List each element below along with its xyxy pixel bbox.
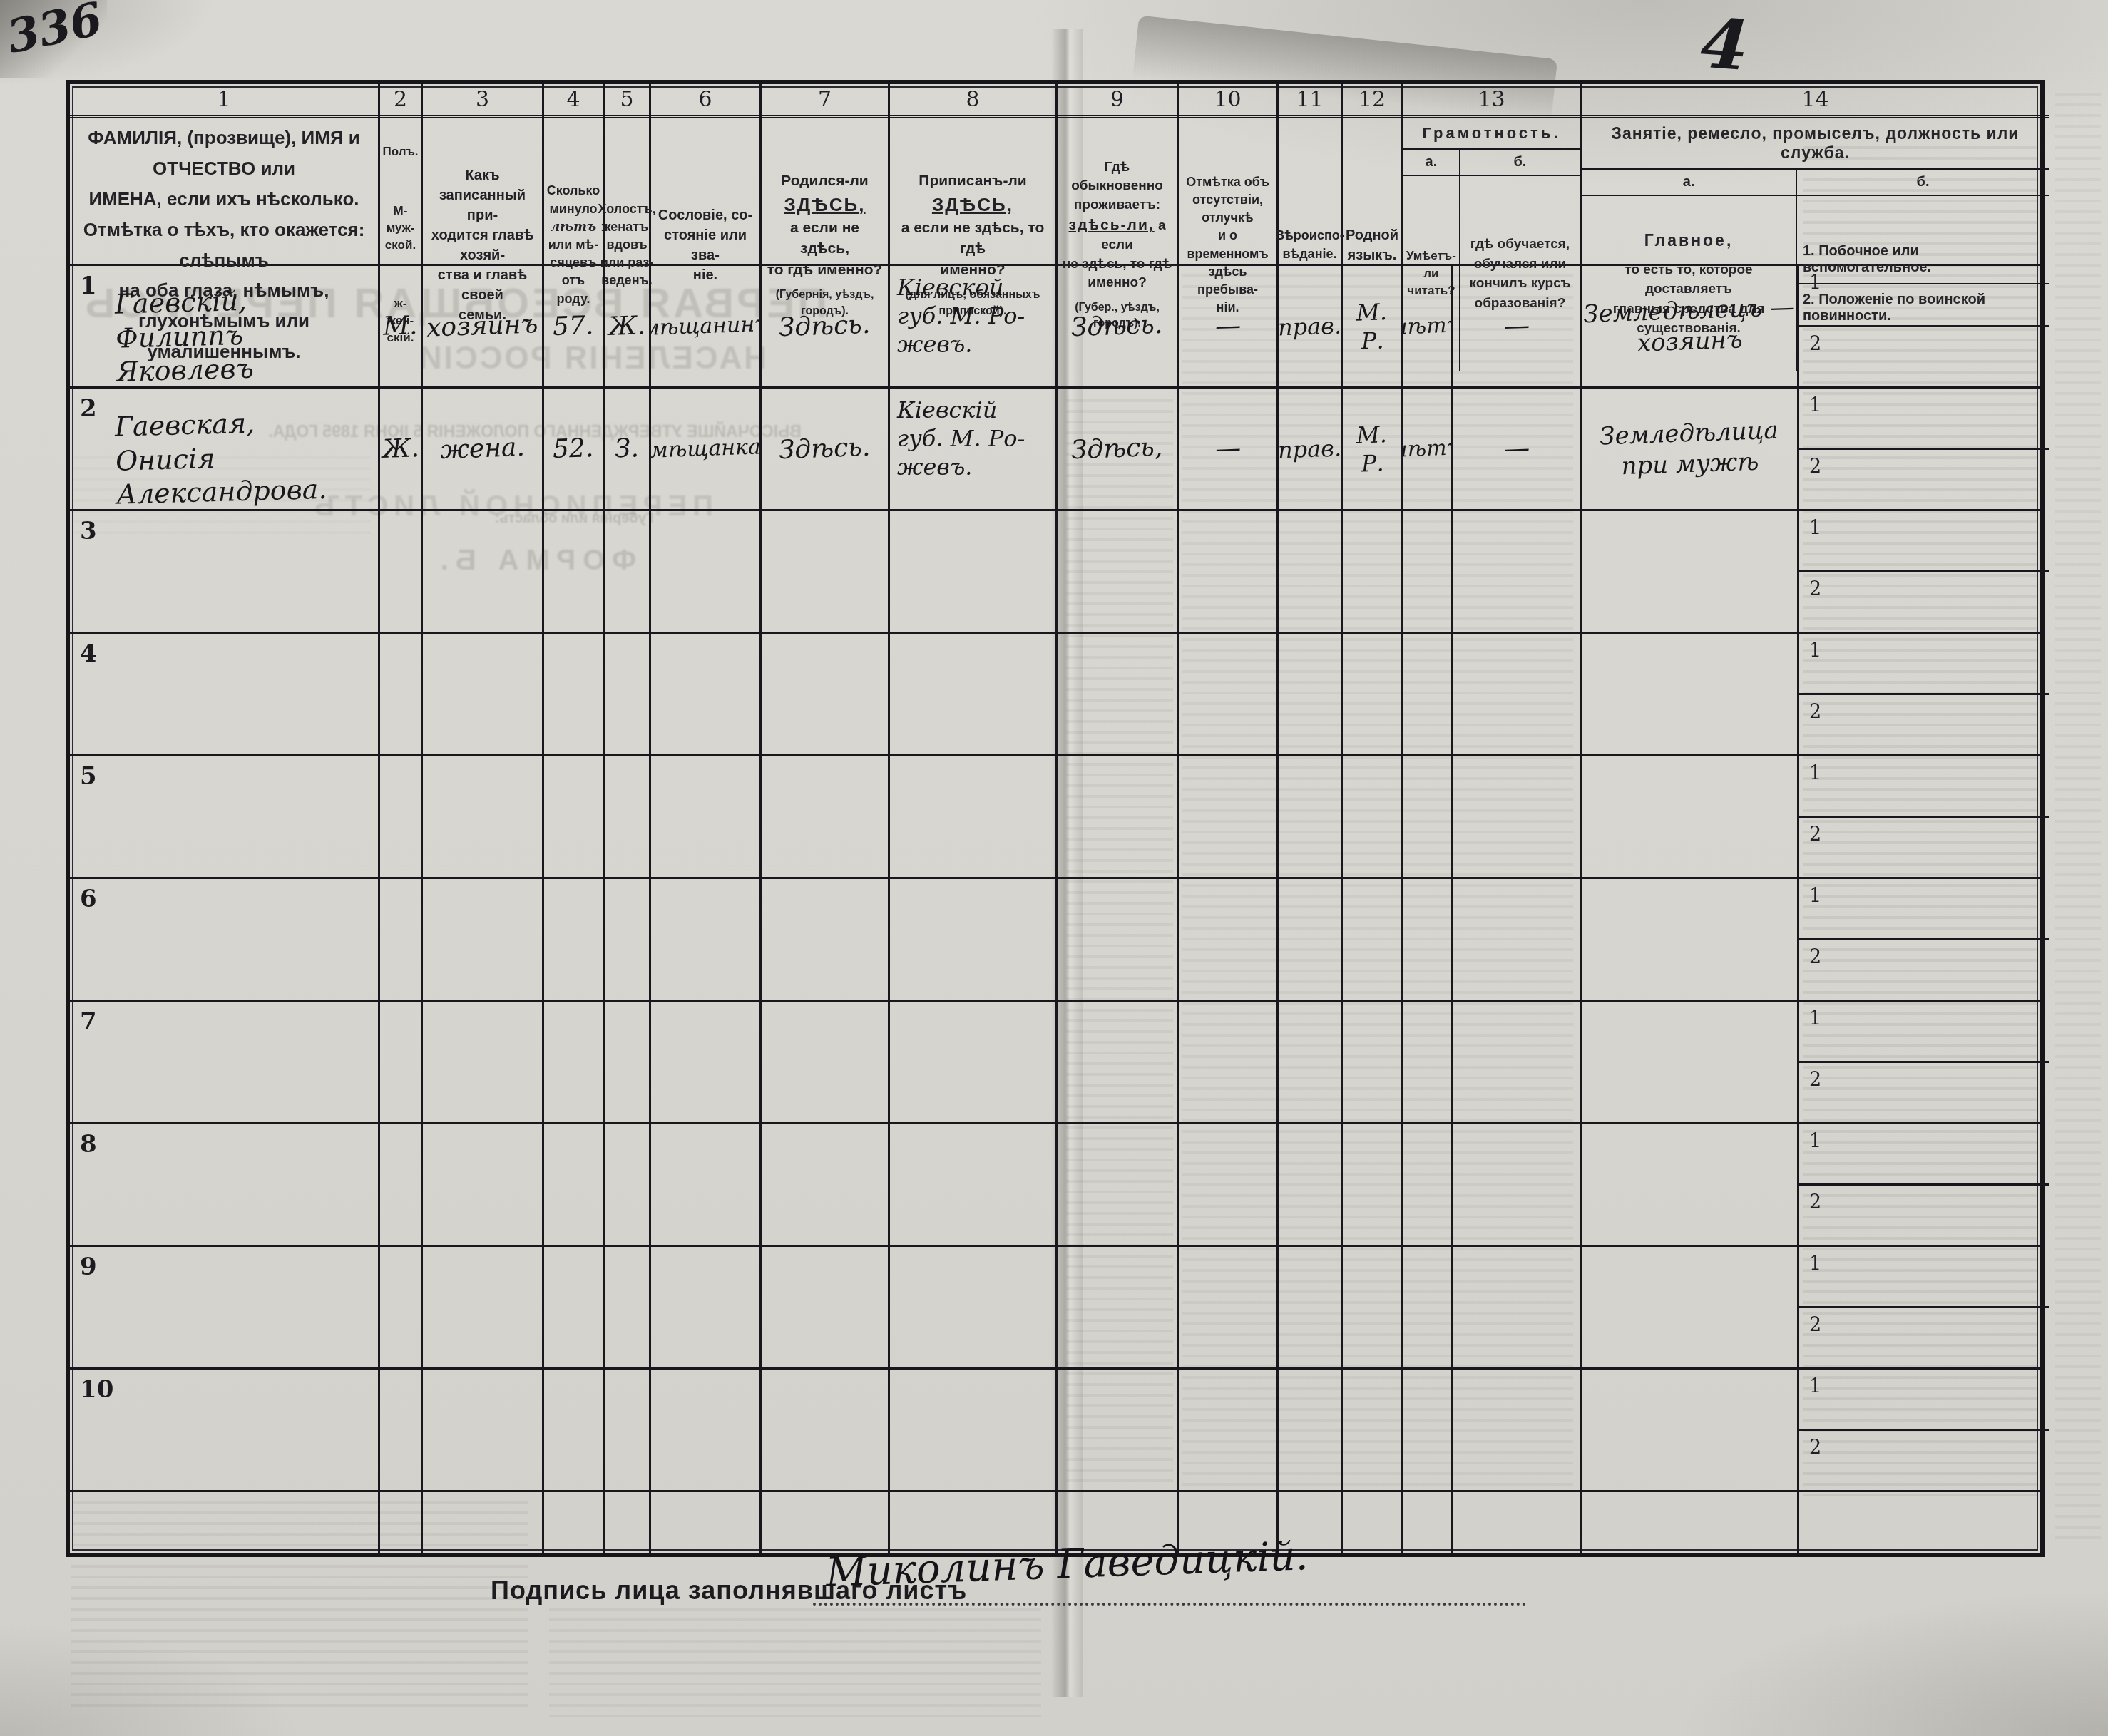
handwritten-name <box>115 526 372 567</box>
subrow-number: 2 <box>1799 572 1831 632</box>
empty-cell <box>605 1492 651 1553</box>
cell-name: 1 Гаевскій, Филиппъ Яковлевъ <box>70 266 380 386</box>
cell-marital <box>605 879 651 1000</box>
cell-estate <box>651 1247 762 1367</box>
handwritten-given-name: Онисія Александрова. <box>115 443 327 509</box>
handwritten-language: М. Р. <box>1343 419 1402 478</box>
cell-language <box>1343 1124 1403 1245</box>
handwritten-marital: З. <box>614 432 639 465</box>
cell-occupation-side: 1 2 <box>1799 266 2049 386</box>
cell-absence <box>1179 634 1279 754</box>
subrow-number: 2 <box>1799 1431 1831 1490</box>
handwritten-military-status <box>1831 1186 2049 1245</box>
cell-residence: Здѣсь. <box>1058 266 1179 386</box>
handwritten-side-occupation <box>1831 1247 2049 1306</box>
row-number: 9 <box>80 1253 97 1281</box>
age-text-top: Сколько минуло <box>547 182 600 217</box>
cell-age <box>544 1247 605 1367</box>
col-number: 12 <box>1343 84 1401 118</box>
occupation-side-subrow-1: 1 <box>1799 511 2049 572</box>
occupation-group-title: Занятіе, ремесло, промыселъ, должность и… <box>1582 118 2049 170</box>
handwritten-sex: Ж. <box>382 432 419 466</box>
occupation-side-subrow-2: 2 <box>1799 1308 2049 1367</box>
sex-label: Полъ. <box>382 143 418 160</box>
handwritten-absence: — <box>1214 309 1242 342</box>
cell-occupation-main <box>1582 879 1799 1000</box>
cell-occupation-side: 1 2 <box>1799 1002 2049 1122</box>
col-number: 13 <box>1403 84 1580 118</box>
table-row: 7 1 2 <box>70 1002 2040 1124</box>
cell-language <box>1343 1002 1403 1122</box>
subrow-number: 1 <box>1799 756 1831 816</box>
cell-residence <box>1058 1370 1179 1490</box>
handwritten-side-occupation <box>1831 511 2049 570</box>
cell-relation <box>423 756 544 877</box>
handwritten-residence: Здѣсь, <box>1071 431 1164 466</box>
cell-birthplace <box>762 1002 890 1122</box>
cell-literacy-a <box>1403 511 1453 632</box>
cell-sex <box>380 634 423 754</box>
handwritten-military-status <box>1831 940 2049 1000</box>
cell-absence <box>1179 1247 1279 1367</box>
cell-sex: М. <box>380 266 423 386</box>
cell-absence <box>1179 1124 1279 1245</box>
occupation-side-subrow-1: 1 <box>1799 1124 2049 1186</box>
handwritten-side-occupation <box>1831 879 2049 938</box>
cell-language: М. Р. <box>1343 266 1403 386</box>
cell-absence: — <box>1179 389 1279 509</box>
empty-cell <box>1582 1492 1799 1553</box>
subrow-number: 1 <box>1799 1002 1831 1061</box>
cell-relation: жена. <box>423 389 544 509</box>
row-number: 1 <box>80 272 97 300</box>
col-number: 1 <box>70 84 378 118</box>
col-number: 14 <box>1582 84 2049 118</box>
handwritten-surname <box>115 1024 116 1056</box>
cell-marital <box>605 1247 651 1367</box>
occupation-side-subrow-2: 2 <box>1799 940 2049 1000</box>
cell-age <box>544 1370 605 1490</box>
cell-language <box>1343 756 1403 877</box>
cell-registration <box>890 1247 1058 1367</box>
cell-relation <box>423 1124 544 1245</box>
handwritten-birthplace: Здѣсь. <box>779 309 871 344</box>
cell-occupation-side: 1 2 <box>1799 1370 2049 1490</box>
cell-residence <box>1058 756 1179 877</box>
cell-literacy-b <box>1453 756 1582 877</box>
occupation-side-subrow-2: 2 <box>1799 818 2049 877</box>
cell-name: 4 <box>70 634 380 754</box>
handwritten-military-status <box>1831 572 2049 632</box>
handwritten-marital: Ж. <box>608 309 645 343</box>
handwritten-literacy: нѣтъ <box>1403 312 1453 341</box>
cell-age <box>544 1124 605 1245</box>
cell-literacy-b: — <box>1453 389 1582 509</box>
handwritten-surname <box>115 1392 116 1424</box>
census-scan-page: ПЕРВАЯ ВСЕОБЩАЯ ПЕРЕПИСЬ НАСЕЛЕНІЯ РОССІ… <box>0 0 2108 1736</box>
cell-estate <box>651 634 762 754</box>
cell-religion <box>1279 511 1343 632</box>
handwritten-registration: Кіевской губ. М. Ро- жевъ. <box>897 274 1025 358</box>
empty-cell <box>423 1492 544 1553</box>
cell-literacy-b <box>1453 1370 1582 1490</box>
subrow-number: 1 <box>1799 266 1831 325</box>
cell-registration <box>890 1124 1058 1245</box>
cell-occupation-side: 1 2 <box>1799 1247 2049 1367</box>
cell-birthplace <box>762 634 890 754</box>
cell-name: 7 <box>70 1002 380 1122</box>
question-pre: Гдѣ обыкновенно проживаетъ: <box>1060 158 1174 215</box>
col-number: 7 <box>762 84 888 118</box>
cell-occupation-main <box>1582 1124 1799 1245</box>
handwritten-name <box>115 1139 372 1180</box>
handwritten-name <box>115 1262 372 1303</box>
table-body: 1 Гаевскій, Филиппъ Яковлевъ М. хозяинъ … <box>70 266 2040 1492</box>
row-number: 3 <box>80 517 97 545</box>
col-number: 5 <box>605 84 649 118</box>
handwritten-name <box>115 649 372 689</box>
handwritten-name: Гаевская, Онисія Александрова. <box>114 404 374 509</box>
handwritten-estate: мѣщанка <box>651 433 761 464</box>
handwritten-education: — <box>1503 309 1530 342</box>
handwritten-name: Гаевскій, Филиппъ Яковлевъ <box>114 281 374 386</box>
handwritten-side-occupation <box>1831 1370 2049 1429</box>
cell-name: 5 <box>70 756 380 877</box>
subrow-number: 1 <box>1799 511 1831 570</box>
handwritten-military-status <box>1831 1431 2049 1490</box>
cell-occupation-main <box>1582 1247 1799 1367</box>
cell-occupation-main: Земледѣлецъ — хозяинъ <box>1582 266 1799 386</box>
row-number: 5 <box>80 762 97 791</box>
cell-registration <box>890 756 1058 877</box>
cell-sex <box>380 756 423 877</box>
handwritten-military-status <box>1831 818 2049 877</box>
cell-sex <box>380 1247 423 1367</box>
row-number: 8 <box>80 1130 97 1159</box>
cell-religion <box>1279 1124 1343 1245</box>
occupation-side-subrow-1: 1 <box>1799 1002 2049 1063</box>
subrow-number: 2 <box>1799 1063 1831 1122</box>
cell-literacy-a <box>1403 1124 1453 1245</box>
cell-name: 6 <box>70 879 380 1000</box>
cell-occupation-main <box>1582 634 1799 754</box>
handwritten-relation: хозяинъ <box>426 308 539 344</box>
question-pre: Приписанъ-ли <box>919 173 1026 189</box>
subrow-number: 2 <box>1799 1186 1831 1245</box>
subrow-number: 2 <box>1799 450 1831 509</box>
cell-literacy-b <box>1453 1247 1582 1367</box>
signature-dotted-line <box>813 1603 1526 1606</box>
cell-estate <box>651 1124 762 1245</box>
cell-occupation-main <box>1582 1370 1799 1490</box>
cell-residence <box>1058 634 1179 754</box>
cell-occupation-side: 1 2 <box>1799 511 2049 632</box>
cell-relation <box>423 879 544 1000</box>
cell-residence <box>1058 1247 1179 1367</box>
table-row: 4 1 2 <box>70 634 2040 756</box>
cell-occupation-side: 1 2 <box>1799 879 2049 1000</box>
empty-cell <box>762 1492 890 1553</box>
cell-registration <box>890 1370 1058 1490</box>
handwritten-occupation: Земледѣлица при мужѣ <box>1599 416 1779 483</box>
table-header: 1 ФАМИЛІЯ, (прозвище), ИМЯ и ОТЧЕСТВО ил… <box>70 84 2040 266</box>
cell-name: 3 <box>70 511 380 632</box>
cell-name: 10 <box>70 1370 380 1490</box>
cell-absence <box>1179 1002 1279 1122</box>
cell-literacy-b <box>1453 1002 1582 1122</box>
cell-age <box>544 634 605 754</box>
handwritten-military-status <box>1831 695 2049 754</box>
handwritten-occupation: Земледѣлецъ — хозяинъ <box>1583 292 1796 360</box>
cell-birthplace <box>762 1370 890 1490</box>
question-here-emphasis: ЗДѢСЬ, <box>932 194 1013 215</box>
cell-name: 2 Гаевская, Онисія Александрова. <box>70 389 380 509</box>
cell-marital <box>605 1002 651 1122</box>
cell-birthplace <box>762 1124 890 1245</box>
row-number: 6 <box>80 885 97 913</box>
occupation-main-word: Главное, <box>1644 229 1734 252</box>
handwritten-birthplace: Здѣсь. <box>779 431 871 466</box>
cell-occupation-side: 1 2 <box>1799 389 2049 509</box>
handwritten-name <box>115 1017 372 1057</box>
handwritten-education: — <box>1503 432 1530 465</box>
cell-residence <box>1058 1124 1179 1245</box>
cell-birthplace: Здѣсь. <box>762 266 890 386</box>
row-number: 7 <box>80 1007 97 1036</box>
occupation-side-subrow-2: 2 <box>1799 327 2049 386</box>
sex-male-legend: М-муж- ской. <box>383 202 418 253</box>
empty-cell <box>1799 1492 2049 1553</box>
cell-residence <box>1058 511 1179 632</box>
handwritten-name <box>115 894 372 935</box>
empty-cell <box>380 1492 423 1553</box>
col-number: 2 <box>380 84 421 118</box>
row-number: 2 <box>80 394 97 423</box>
handwritten-sex: М. <box>383 309 419 343</box>
cell-registration <box>890 879 1058 1000</box>
cell-religion: прав. <box>1279 389 1343 509</box>
cell-religion <box>1279 879 1343 1000</box>
handwritten-name <box>115 771 372 812</box>
subrow-number: 2 <box>1799 1308 1831 1367</box>
cell-age: 52. <box>544 389 605 509</box>
cell-marital: З. <box>605 389 651 509</box>
handwritten-side-occupation <box>1831 1124 2049 1183</box>
handwritten-estate: мѣщанинъ <box>651 311 762 342</box>
occupation-side-subrow-2: 2 <box>1799 1431 2049 1490</box>
cell-absence: — <box>1179 266 1279 386</box>
handwritten-surname: Гаевская, <box>114 408 255 443</box>
cell-estate <box>651 879 762 1000</box>
question-here-emphasis: здѣсь-ли, <box>1068 217 1154 233</box>
subrow-number: 2 <box>1799 327 1831 386</box>
occupation-side-subrow-1: 1 <box>1799 266 2049 327</box>
occupation-side-subrow-2: 2 <box>1799 1063 2049 1122</box>
cell-estate <box>651 1002 762 1122</box>
literacy-group-title: Грамотность. <box>1403 118 1580 150</box>
subrow-number: 1 <box>1799 1370 1831 1429</box>
handwritten-relation: жена. <box>439 431 525 466</box>
registration-question: Приписанъ-ли ЗДѢСЬ, <box>893 170 1053 217</box>
cell-age <box>544 511 605 632</box>
cell-birthplace <box>762 756 890 877</box>
handwritten-military-status <box>1831 1063 2049 1122</box>
cell-age <box>544 756 605 877</box>
handwritten-side-occupation <box>1831 634 2049 693</box>
cell-estate <box>651 511 762 632</box>
handwritten-age: 57. <box>553 309 595 343</box>
cell-absence <box>1179 511 1279 632</box>
cell-sex <box>380 1370 423 1490</box>
cell-marital <box>605 511 651 632</box>
row-number: 4 <box>80 640 97 668</box>
cell-relation <box>423 1002 544 1122</box>
table-row: 6 1 2 <box>70 879 2040 1002</box>
handwritten-registration: Кіевскій губ. М. Ро- жевъ. <box>897 396 1025 481</box>
occupation-side-subrow-1: 1 <box>1799 634 2049 695</box>
handwritten-age: 52. <box>553 432 595 466</box>
occupation-side-subrow-2: 2 <box>1799 1186 2049 1245</box>
subrow-number: 2 <box>1799 818 1831 877</box>
handwritten-side-occupation <box>1831 389 2049 448</box>
cell-literacy-a: нѣтъ <box>1403 389 1453 509</box>
cell-occupation-main <box>1582 511 1799 632</box>
subrow-number: 1 <box>1799 1124 1831 1183</box>
table-row: 5 1 2 <box>70 756 2040 879</box>
cell-relation <box>423 634 544 754</box>
age-text-years: лѣтъ <box>551 218 596 236</box>
cell-literacy-b <box>1453 634 1582 754</box>
cell-residence <box>1058 1002 1179 1122</box>
cell-literacy-b <box>1453 1124 1582 1245</box>
cell-religion <box>1279 634 1343 754</box>
empty-cell <box>544 1492 605 1553</box>
empty-cell <box>651 1492 762 1553</box>
subrow-number: 1 <box>1799 389 1831 448</box>
question-here-emphasis: ЗДѢСЬ, <box>784 194 865 215</box>
handwritten-absence: — <box>1214 432 1242 465</box>
cell-birthplace <box>762 879 890 1000</box>
cell-marital <box>605 1370 651 1490</box>
handwritten-residence: Здѣсь. <box>1071 309 1164 344</box>
cell-language <box>1343 1247 1403 1367</box>
cell-age: 57. <box>544 266 605 386</box>
cell-religion <box>1279 1002 1343 1122</box>
empty-cell <box>70 1492 380 1553</box>
cell-estate: мѣщанинъ <box>651 266 762 386</box>
cell-marital <box>605 634 651 754</box>
handwritten-surname <box>115 902 116 933</box>
cell-marital <box>605 756 651 877</box>
cell-literacy-a <box>1403 1370 1453 1490</box>
subrow-number: 2 <box>1799 940 1831 1000</box>
cell-absence <box>1179 756 1279 877</box>
cell-literacy-a: нѣтъ <box>1403 266 1453 386</box>
cell-literacy-a <box>1403 1002 1453 1122</box>
col-number: 11 <box>1279 84 1341 118</box>
cell-language <box>1343 634 1403 754</box>
cell-registration <box>890 1002 1058 1122</box>
cell-literacy-a <box>1403 879 1453 1000</box>
cell-occupation-main <box>1582 756 1799 877</box>
cell-birthplace <box>762 1247 890 1367</box>
subrow-number: 1 <box>1799 879 1831 938</box>
subcol-label: а. <box>1582 170 1796 196</box>
cell-literacy-b <box>1453 511 1582 632</box>
cell-relation <box>423 1370 544 1490</box>
handwritten-side-occupation <box>1831 1002 2049 1061</box>
subrow-number: 1 <box>1799 634 1831 693</box>
col-number: 4 <box>544 84 603 118</box>
cell-literacy-a <box>1403 1247 1453 1367</box>
signature-row: Подпись лица заполнявшаго листъ Миколинъ… <box>491 1566 1703 1630</box>
cell-religion <box>1279 1370 1343 1490</box>
col-number: 6 <box>651 84 759 118</box>
cell-estate: мѣщанка <box>651 389 762 509</box>
cell-language <box>1343 1370 1403 1490</box>
cell-literacy-b: — <box>1453 266 1582 386</box>
cell-estate <box>651 1370 762 1490</box>
cell-registration <box>890 634 1058 754</box>
empty-cell <box>1453 1492 1582 1553</box>
cell-literacy-b <box>1453 879 1582 1000</box>
handwritten-surname <box>115 1147 116 1178</box>
handwritten-name <box>115 1385 372 1425</box>
col-number: 9 <box>1058 84 1177 118</box>
cell-literacy-a <box>1403 756 1453 877</box>
cell-literacy-a <box>1403 634 1453 754</box>
handwritten-page-number: 4 <box>1698 3 1751 86</box>
cell-residence: Здѣсь, <box>1058 389 1179 509</box>
subrow-number: 1 <box>1799 1247 1831 1306</box>
cell-relation: хозяинъ <box>423 266 544 386</box>
handwritten-surname: Гаевскій, <box>114 285 247 320</box>
table-row: 2 Гаевская, Онисія Александрова. Ж. жена… <box>70 389 2040 511</box>
cell-language <box>1343 511 1403 632</box>
cell-registration <box>890 511 1058 632</box>
handwritten-religion: прав. <box>1279 433 1342 464</box>
cell-occupation-side: 1 2 <box>1799 1124 2049 1245</box>
handwritten-given-name: Филиппъ Яковлевъ <box>115 319 254 386</box>
subrow-number: 2 <box>1799 695 1831 754</box>
cell-marital: Ж. <box>605 266 651 386</box>
table-row: 3 1 2 <box>70 511 2040 634</box>
table-row: 9 1 2 <box>70 1247 2040 1370</box>
table-row: 10 1 2 <box>70 1370 2040 1492</box>
question-pre: Родился-ли <box>781 173 869 189</box>
cell-marital <box>605 1124 651 1245</box>
cell-sex <box>380 511 423 632</box>
cell-registration: Кіевскій губ. М. Ро- жевъ. <box>890 389 1058 509</box>
cell-religion <box>1279 756 1343 877</box>
occupation-side-subrow-2: 2 <box>1799 450 2049 509</box>
empty-cell <box>1403 1492 1453 1553</box>
subcol-label: б. <box>1460 150 1580 176</box>
cell-name: 9 <box>70 1247 380 1367</box>
col-number: 10 <box>1179 84 1276 118</box>
handwritten-military-status <box>1831 327 2049 386</box>
handwritten-surname <box>115 657 116 688</box>
handwritten-language: М. Р. <box>1343 297 1402 356</box>
cell-relation <box>423 1247 544 1367</box>
cell-language <box>1343 879 1403 1000</box>
occupation-side-subrow-1: 1 <box>1799 756 2049 818</box>
occupation-side-subrow-1: 1 <box>1799 879 2049 940</box>
handwritten-military-status <box>1831 1308 2049 1367</box>
table-row: 1 Гаевскій, Филиппъ Яковлевъ М. хозяинъ … <box>70 266 2040 389</box>
handwritten-side-occupation <box>1831 266 2049 325</box>
occupation-side-subrow-2: 2 <box>1799 695 2049 754</box>
